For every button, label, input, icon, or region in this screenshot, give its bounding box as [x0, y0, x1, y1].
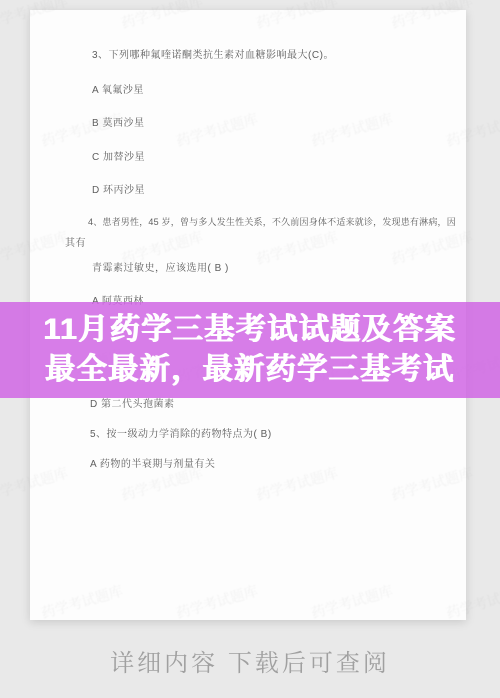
question-4-line-3: 青霉素过敏史，应该选用( B ): [92, 262, 229, 275]
question-3-option-c: C 加替沙星: [92, 151, 145, 164]
screenshot-stage: 3、下列哪种氟喹诺酮类抗生素对血糖影响最大(C)。 A 氧氟沙星 B 莫西沙星 …: [0, 0, 500, 698]
question-4-line-2: 其有: [65, 237, 86, 250]
question-3: 3、下列哪种氟喹诺酮类抗生素对血糖影响最大(C)。: [92, 49, 334, 62]
title-overlay-banner: 11月药学三基考试试题及答案 最全最新，最新药学三基考试: [0, 302, 500, 398]
footer-caption: 详细内容 下载后可查阅: [0, 648, 500, 680]
question-4-option-d: D 第二代头孢菌素: [90, 398, 175, 411]
banner-title-line-2: 最全最新，最新药学三基考试: [45, 350, 455, 390]
question-3-option-b: B 莫西沙星: [92, 117, 144, 130]
question-3-option-d: D 环丙沙星: [92, 184, 145, 197]
question-3-option-a: A 氧氟沙星: [92, 84, 144, 97]
question-5-option-a: A 药物的半衰期与剂量有关: [90, 458, 215, 471]
question-4-line-1: 4、患者男性，45 岁，曾与多人发生性关系，不久前因身体不适来就诊，发现患有淋病…: [88, 216, 456, 229]
question-5: 5、按一级动力学消除的药物特点为( B): [90, 428, 272, 441]
banner-title-line-1: 11月药学三基考试试题及答案: [44, 310, 457, 350]
